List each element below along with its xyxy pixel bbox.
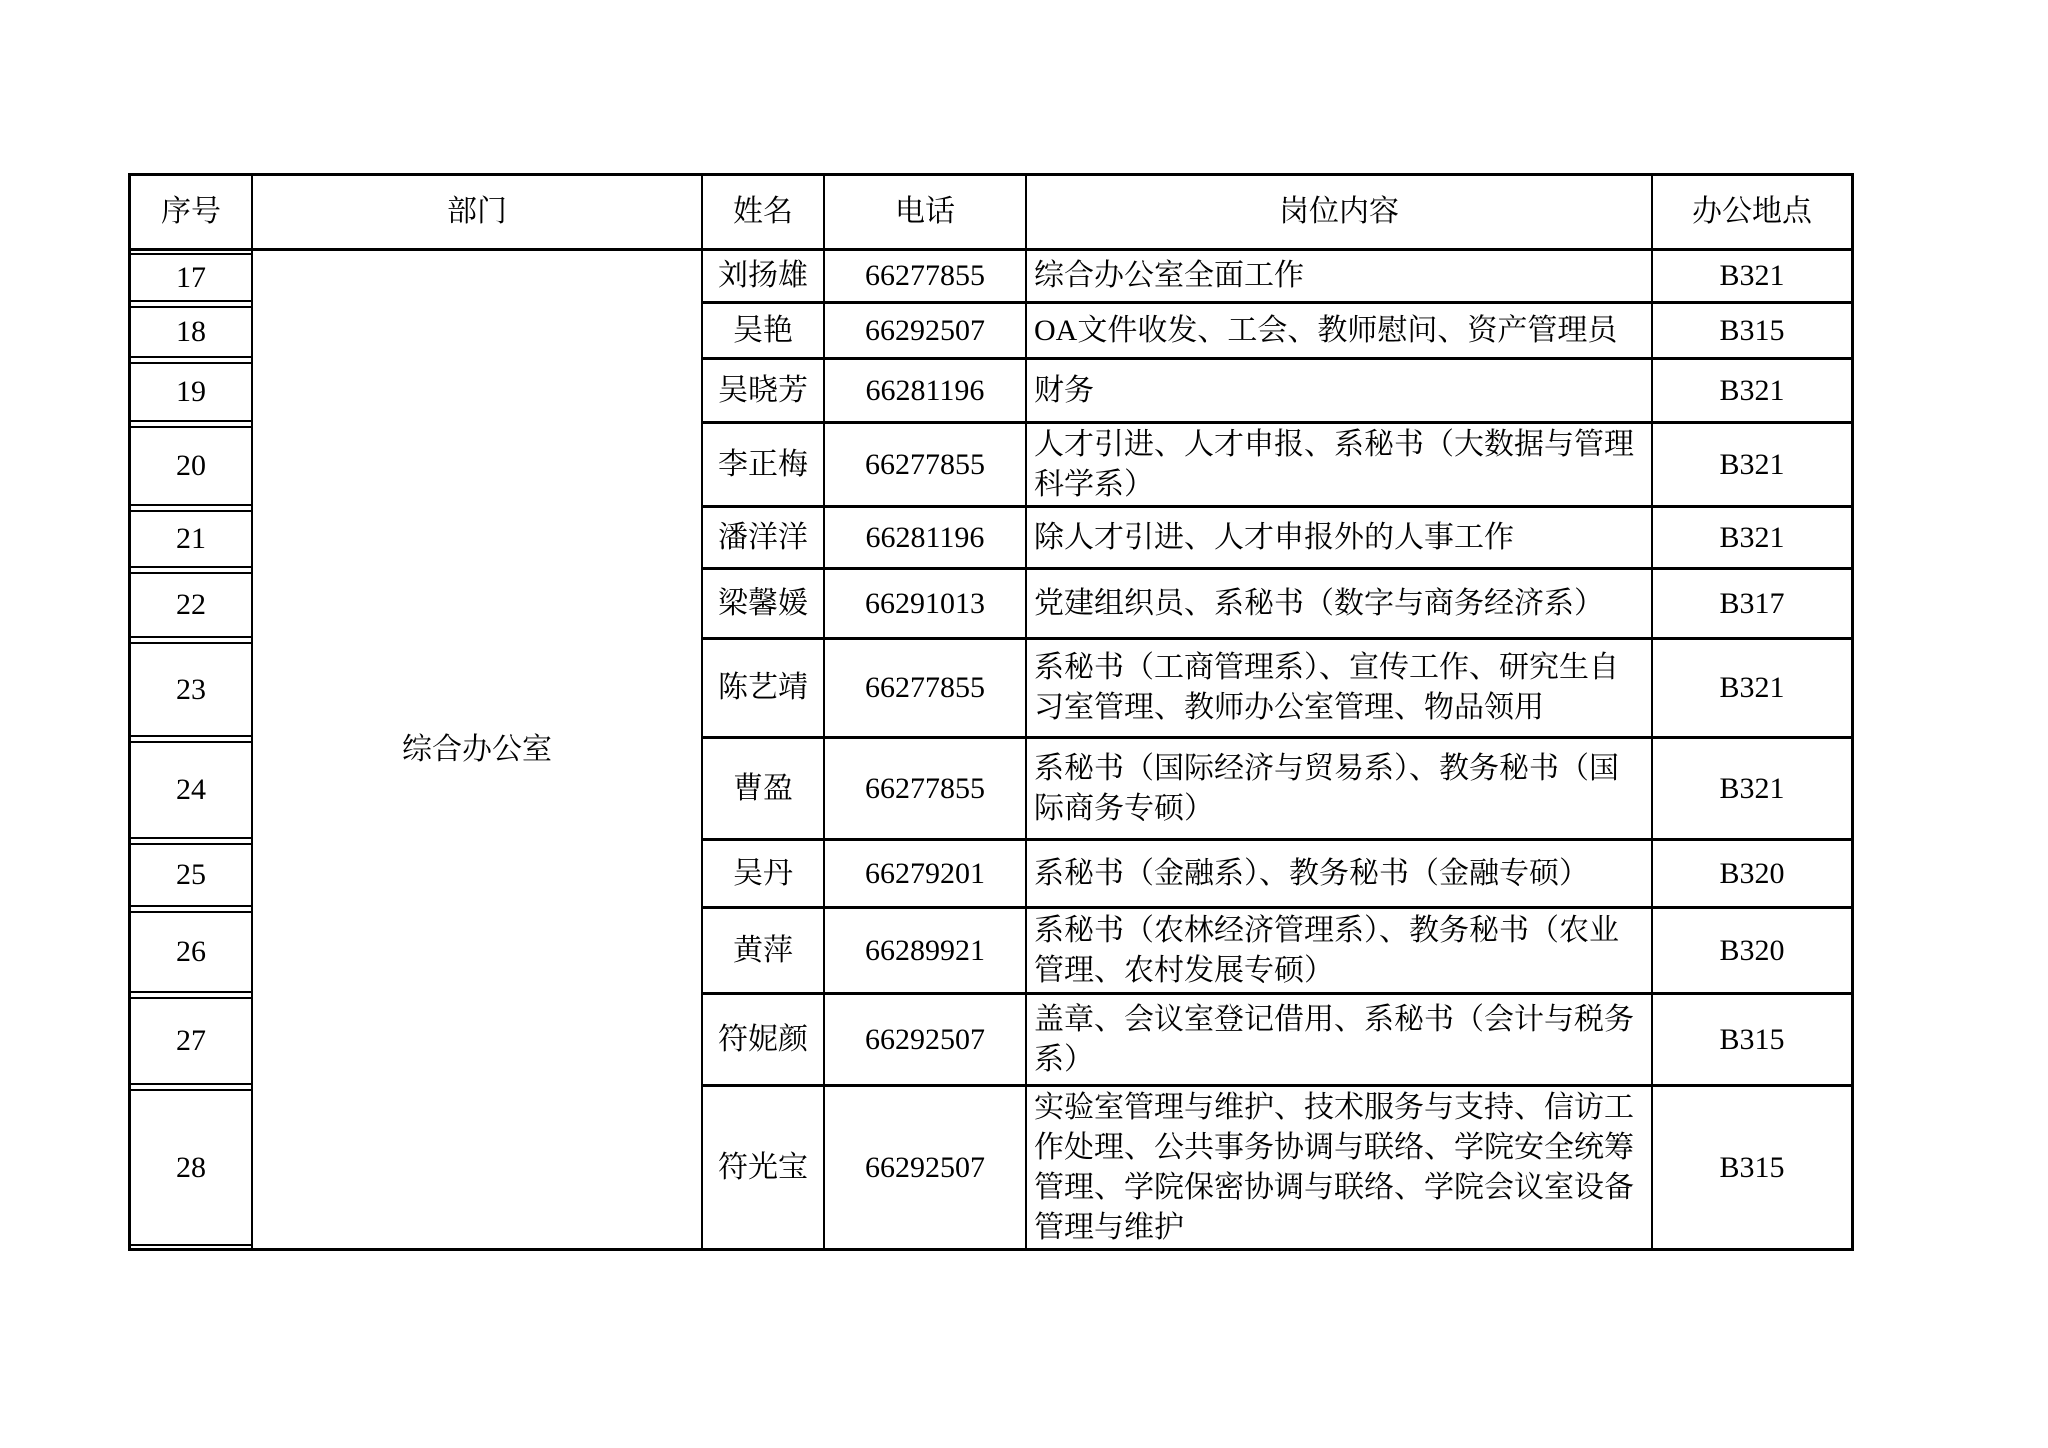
name-cell: 李正梅 xyxy=(703,424,825,508)
seq-cell: 28 xyxy=(131,1087,253,1248)
seq-value: 28 xyxy=(131,1089,251,1246)
seq-value: 18 xyxy=(131,306,251,358)
header-office: 办公地点 xyxy=(1653,176,1851,251)
seq-value: 23 xyxy=(131,642,251,737)
department-cell: 综合办公室 xyxy=(253,251,703,1248)
office-cell: B320 xyxy=(1653,841,1851,909)
seq-value: 25 xyxy=(131,843,251,907)
duty-cell: 系秘书（工商管理系）、宣传工作、研究生自习室管理、教师办公室管理、物品领用 xyxy=(1027,640,1653,739)
phone-cell: 66292507 xyxy=(825,995,1027,1087)
office-cell: B321 xyxy=(1653,508,1851,570)
header-duty: 岗位内容 xyxy=(1027,176,1653,251)
header-name: 姓名 xyxy=(703,176,825,251)
office-cell: B321 xyxy=(1653,360,1851,424)
office-cell: B315 xyxy=(1653,304,1851,360)
name-cell: 吴晓芳 xyxy=(703,360,825,424)
phone-cell: 66281196 xyxy=(825,508,1027,570)
phone-cell: 66281196 xyxy=(825,360,1027,424)
phone-cell: 66279201 xyxy=(825,841,1027,909)
seq-value: 26 xyxy=(131,911,251,993)
duty-cell: 人才引进、人才申报、系秘书（大数据与管理科学系） xyxy=(1027,424,1653,508)
office-cell: B315 xyxy=(1653,995,1851,1087)
duty-cell: OA文件收发、工会、教师慰问、资产管理员 xyxy=(1027,304,1653,360)
phone-cell: 66277855 xyxy=(825,640,1027,739)
name-cell: 曹盈 xyxy=(703,739,825,841)
duty-cell: 系秘书（农林经济管理系）、教务秘书（农业管理、农村发展专硕） xyxy=(1027,909,1653,995)
header-phone: 电话 xyxy=(825,176,1027,251)
staff-table: 序号 部门 姓名 电话 岗位内容 办公地点 综合办公室 17 刘扬雄 66277… xyxy=(128,173,1854,1251)
office-cell: B321 xyxy=(1653,739,1851,841)
name-cell: 刘扬雄 xyxy=(703,251,825,304)
phone-cell: 66277855 xyxy=(825,251,1027,304)
name-cell: 梁馨媛 xyxy=(703,570,825,640)
duty-cell: 除人才引进、人才申报外的人事工作 xyxy=(1027,508,1653,570)
seq-value: 22 xyxy=(131,572,251,638)
seq-cell: 22 xyxy=(131,570,253,640)
office-cell: B320 xyxy=(1653,909,1851,995)
seq-cell: 26 xyxy=(131,909,253,995)
seq-value: 20 xyxy=(131,426,251,506)
name-cell: 符妮颜 xyxy=(703,995,825,1087)
seq-cell: 19 xyxy=(131,360,253,424)
header-seq: 序号 xyxy=(131,176,253,251)
header-department: 部门 xyxy=(253,176,703,251)
seq-value: 17 xyxy=(131,253,251,302)
seq-value: 19 xyxy=(131,362,251,422)
phone-cell: 66289921 xyxy=(825,909,1027,995)
seq-cell: 17 xyxy=(131,251,253,304)
duty-cell: 系秘书（国际经济与贸易系）、教务秘书（国际商务专硕） xyxy=(1027,739,1653,841)
name-cell: 吴艳 xyxy=(703,304,825,360)
name-cell: 吴丹 xyxy=(703,841,825,909)
office-cell: B321 xyxy=(1653,640,1851,739)
seq-cell: 24 xyxy=(131,739,253,841)
seq-cell: 27 xyxy=(131,995,253,1087)
phone-cell: 66277855 xyxy=(825,739,1027,841)
phone-cell: 66292507 xyxy=(825,1087,1027,1248)
seq-cell: 23 xyxy=(131,640,253,739)
seq-value: 21 xyxy=(131,510,251,568)
name-cell: 黄萍 xyxy=(703,909,825,995)
duty-cell: 实验室管理与维护、技术服务与支持、信访工作处理、公共事务协调与联络、学院安全统筹… xyxy=(1027,1087,1653,1248)
seq-cell: 21 xyxy=(131,508,253,570)
duty-cell: 系秘书（金融系）、教务秘书（金融专硕） xyxy=(1027,841,1653,909)
duty-cell: 盖章、会议室登记借用、系秘书（会计与税务系） xyxy=(1027,995,1653,1087)
name-cell: 符光宝 xyxy=(703,1087,825,1248)
page: 序号 部门 姓名 电话 岗位内容 办公地点 综合办公室 17 刘扬雄 66277… xyxy=(0,0,2048,1448)
name-cell: 潘洋洋 xyxy=(703,508,825,570)
seq-cell: 18 xyxy=(131,304,253,360)
office-cell: B315 xyxy=(1653,1087,1851,1248)
phone-cell: 66291013 xyxy=(825,570,1027,640)
office-cell: B321 xyxy=(1653,424,1851,508)
phone-cell: 66277855 xyxy=(825,424,1027,508)
duty-cell: 党建组织员、系秘书（数字与商务经济系） xyxy=(1027,570,1653,640)
seq-cell: 20 xyxy=(131,424,253,508)
office-cell: B321 xyxy=(1653,251,1851,304)
name-cell: 陈艺靖 xyxy=(703,640,825,739)
duty-cell: 综合办公室全面工作 xyxy=(1027,251,1653,304)
phone-cell: 66292507 xyxy=(825,304,1027,360)
duty-cell: 财务 xyxy=(1027,360,1653,424)
seq-cell: 25 xyxy=(131,841,253,909)
office-cell: B317 xyxy=(1653,570,1851,640)
seq-value: 27 xyxy=(131,997,251,1085)
seq-value: 24 xyxy=(131,741,251,839)
